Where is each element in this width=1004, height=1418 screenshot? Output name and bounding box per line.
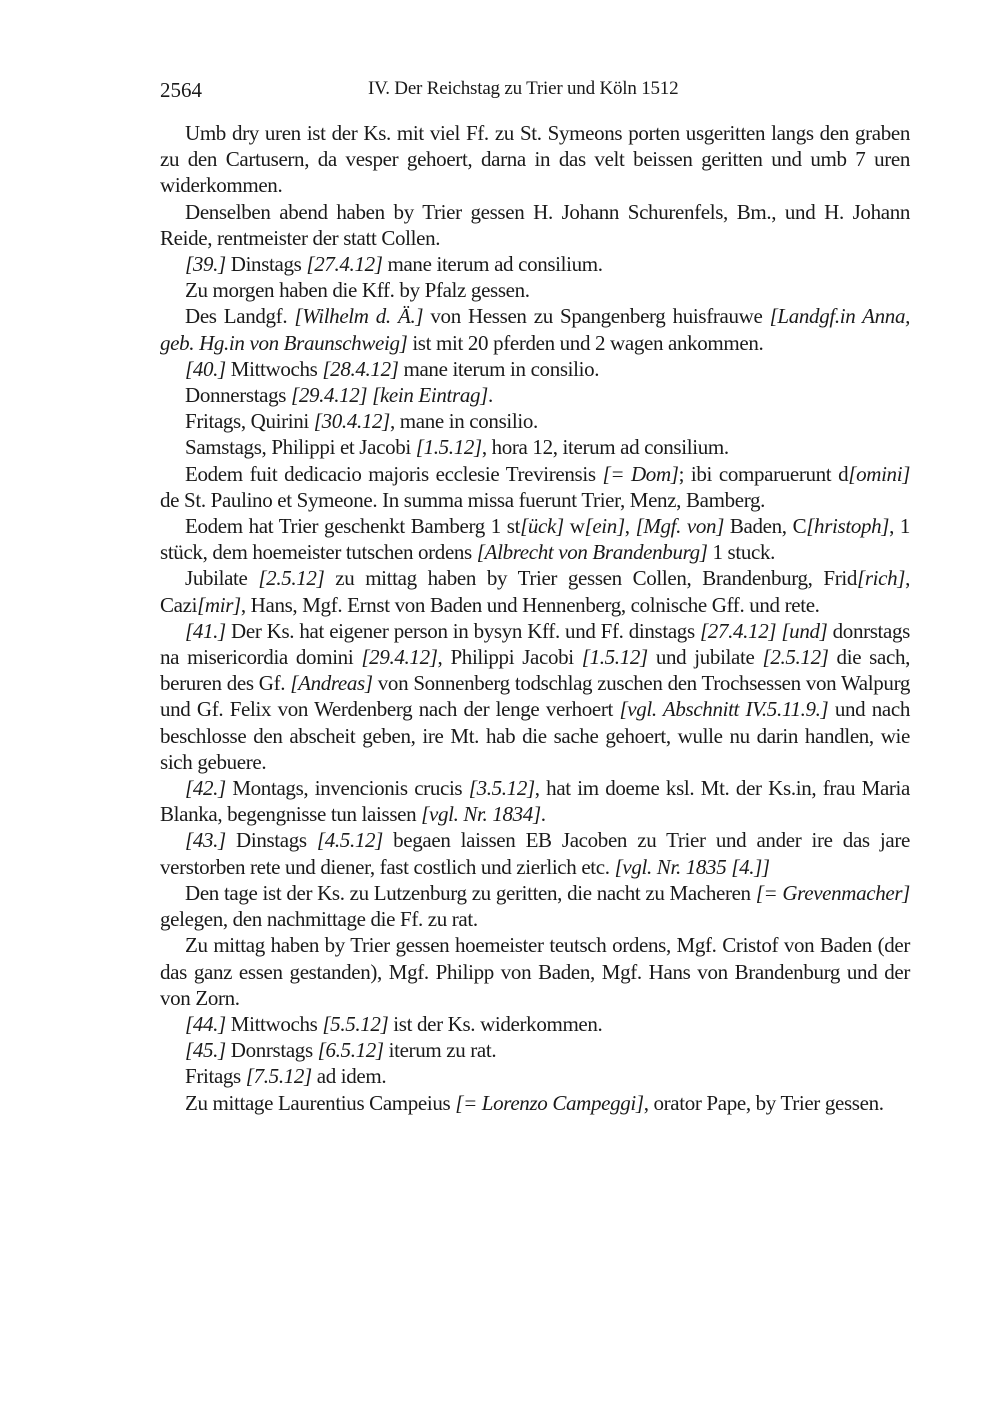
paragraph: [43.] Dinstags [4.5.12] begaen laissen E… (160, 827, 910, 879)
text-run: , mane in consilio. (390, 409, 538, 433)
text-run: von Hessen zu Spangenberg huisfrauwe (423, 304, 769, 328)
editorial-annotation: [Albrecht von Branden­burg] (477, 540, 708, 564)
document-body: Umb dry uren ist der Ks. mit viel Ff. zu… (160, 120, 910, 1116)
text-run: de St. Paulino et Symeone. In summa miss… (160, 488, 765, 512)
paragraph: Eodem hat Trier geschenkt Bamberg 1 st[ü… (160, 513, 910, 565)
editorial-annotation: [vgl. Abschnitt IV.5.11.9.] (619, 697, 828, 721)
paragraph: Jubilate [2.5.12] zu mittag haben by Tri… (160, 565, 910, 617)
editorial-annotation: [5.5.12] (322, 1012, 388, 1036)
editorial-annotation: [3.5.12] (469, 776, 535, 800)
text-run: Donnerstags (185, 383, 291, 407)
editorial-annotation: [29.4.12] [kein Eintrag] (291, 383, 488, 407)
editorial-annotation: [= Dom] (603, 462, 679, 486)
editorial-annotation: [rich] (857, 566, 905, 590)
paragraph: Fritags, Quirini [30.4.12], mane in cons… (160, 408, 910, 434)
paragraph: [41.] Der Ks. hat eigener person in bysy… (160, 618, 910, 775)
text-run: , Hans, Mgf. Ernst von Baden und Hennenb… (241, 593, 820, 617)
editorial-annotation: [6.5.12] (318, 1038, 384, 1062)
paragraph: Denselben abend haben by Trier gessen H.… (160, 199, 910, 251)
text-run: Mittwochs (226, 1012, 323, 1036)
editorial-annotation: [27.4.12] [und] (700, 619, 827, 643)
text-run: Fritags (185, 1064, 246, 1088)
text-run: . (488, 383, 493, 407)
editorial-annotation: [40.] (185, 357, 226, 381)
text-run: Dinstags (226, 828, 317, 852)
text-run: zu mittag haben by Trier gessen Collen, … (324, 566, 857, 590)
text-run: mane iterum ad consilium. (383, 252, 603, 276)
editorial-annotation: [2.5.12] (763, 645, 829, 669)
running-title: IV. Der Reichstag zu Trier und Köln 1512 (368, 78, 678, 100)
paragraph: [42.] Montags, invencionis crucis [3.5.1… (160, 775, 910, 827)
text-run: ; ibi comparuerunt d (679, 462, 849, 486)
editorial-annotation: [29.4.12] (361, 645, 437, 669)
editorial-annotation: [43.] (185, 828, 226, 852)
editorial-annotation: [hristoph] (806, 514, 889, 538)
text-run: w (564, 514, 585, 538)
editorial-annotation: [42.] (185, 776, 226, 800)
text-run: . (541, 802, 546, 826)
text-run: Mittwochs (226, 357, 323, 381)
text-run: Dinstags (226, 252, 307, 276)
editorial-annotation: [ück] (520, 514, 564, 538)
text-run: Montags, invencionis crucis (226, 776, 469, 800)
editorial-annotation: [vgl. Nr. 1834] (421, 802, 541, 826)
editorial-annotation: [7.5.12] (246, 1064, 312, 1088)
text-run: Fritags, Quirini (185, 409, 314, 433)
paragraph: [39.] Dinstags [27.4.12] mane iterum ad … (160, 251, 910, 277)
page-number: 2564 (160, 78, 202, 103)
paragraph: Des Landgf. [Wilhelm d. Ä.] von Hessen z… (160, 303, 910, 355)
paragraph: Zu mittage Laurentius Campeius [= Lorenz… (160, 1090, 910, 1116)
text-run: Zu mittage Laurentius Campeius (185, 1091, 455, 1115)
text-run: Der Ks. hat eigener person in bysyn Kff.… (226, 619, 700, 643)
text-run: Baden, C (724, 514, 806, 538)
editorial-annotation: [Wilhelm d. Ä.] (294, 304, 423, 328)
text-run: ist der Ks. widerkommen. (388, 1012, 602, 1036)
editorial-annotation: [27.4.12] (306, 252, 382, 276)
text-run: Jubilate (185, 566, 258, 590)
editorial-annotation: [44.] (185, 1012, 226, 1036)
text-run: , Philippi Jacobi (438, 645, 582, 669)
text-run: Donrstags (226, 1038, 318, 1062)
paragraph: Samstags, Philippi et Jacobi [1.5.12], h… (160, 434, 910, 460)
editorial-annotation: [= Lorenzo Campeggi] (455, 1091, 643, 1115)
text-run: ist mit 20 pferden und 2 wagen ankommen. (407, 331, 763, 355)
text-run: iterum zu rat. (384, 1038, 497, 1062)
text-run: Des Landgf. (185, 304, 294, 328)
editorial-annotation: [Mgf. von] (636, 514, 724, 538)
text-run: , hora 12, iterum ad consilium. (482, 435, 729, 459)
paragraph: Den tage ist der Ks. zu Lutzenburg zu ge… (160, 880, 910, 932)
editorial-annotation: [mir] (197, 593, 241, 617)
text-run: Eodem hat Trier geschenkt Bamberg 1 st (185, 514, 520, 538)
editorial-annotation: [39.] (185, 252, 226, 276)
text-run: , (625, 514, 636, 538)
text-run: und jubilate (648, 645, 763, 669)
text-run: 1 stuck. (708, 540, 775, 564)
paragraph: [44.] Mittwochs [5.5.12] ist der Ks. wid… (160, 1011, 910, 1037)
editorial-annotation: [1.5.12] (416, 435, 482, 459)
page-header: 2564 IV. Der Reichstag zu Trier und Köln… (160, 78, 910, 108)
text-run: Den tage ist der Ks. zu Lutzenburg zu ge… (185, 881, 756, 905)
editorial-annotation: [30.4.12] (314, 409, 390, 433)
editorial-annotation: [ein] (585, 514, 625, 538)
editorial-annotation: [vgl. Nr. 1835 [4.]] (615, 855, 770, 879)
paragraph: Zu mittag haben by Trier gessen hoemeist… (160, 932, 910, 1011)
text-run: Samstags, Philippi et Jacobi (185, 435, 416, 459)
editorial-annotation: [41.] (185, 619, 226, 643)
paragraph: Zu morgen haben die Kff. by Pfalz gessen… (160, 277, 910, 303)
text-run: Denselben abend haben by Trier gessen H.… (160, 200, 910, 250)
text-run: Zu morgen haben die Kff. by Pfalz gessen… (185, 278, 530, 302)
editorial-annotation: [2.5.12] (258, 566, 324, 590)
editorial-annotation: [omini] (848, 462, 910, 486)
paragraph: Umb dry uren ist der Ks. mit viel Ff. zu… (160, 120, 910, 199)
paragraph: [45.] Donrstags [6.5.12] iterum zu rat. (160, 1037, 910, 1063)
paragraph: Donnerstags [29.4.12] [kein Eintrag]. (160, 382, 910, 408)
editorial-annotation: [45.] (185, 1038, 226, 1062)
editorial-annotation: [4.5.12] (317, 828, 383, 852)
paragraph: [40.] Mittwochs [28.4.12] mane iterum in… (160, 356, 910, 382)
text-run: gelegen, den nachmittage die Ff. zu rat. (160, 907, 478, 931)
text-run: mane iterum in consilio. (399, 357, 600, 381)
text-run: Umb dry uren ist der Ks. mit viel Ff. zu… (160, 121, 910, 197)
text-run: , orator Pape, by Trier gessen. (644, 1091, 884, 1115)
text-run: Eodem fuit dedicacio majoris ecclesie Tr… (185, 462, 603, 486)
editorial-annotation: [1.5.12] (582, 645, 648, 669)
paragraph: Fritags [7.5.12] ad idem. (160, 1063, 910, 1089)
paragraph: Eodem fuit dedicacio majoris ecclesie Tr… (160, 461, 910, 513)
editorial-annotation: [28.4.12] (322, 357, 398, 381)
text-run: ad idem. (312, 1064, 386, 1088)
text-run: Zu mittag haben by Trier gessen hoemeist… (160, 933, 910, 1009)
editorial-annotation: [= Grevenmacher] (756, 881, 910, 905)
editorial-annotation: [Andreas] (290, 671, 372, 695)
